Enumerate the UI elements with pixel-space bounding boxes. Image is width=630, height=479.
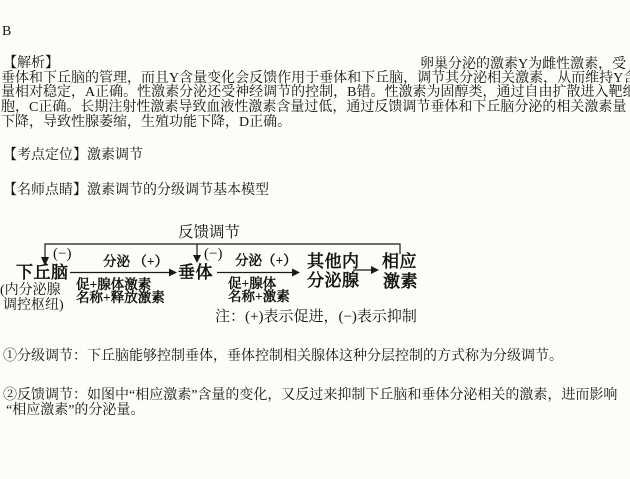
right-arrowhead-1: [169, 269, 177, 277]
node-hormone-line1: 相应: [382, 253, 417, 270]
secrete-plus-label-right: 分泌（+）: [235, 254, 297, 268]
document-page: { "answer": "B", "analysis": { "label": …: [0, 0, 630, 479]
node-hypothalamus-sub1: (内分泌腺: [0, 284, 61, 298]
right-hormone-line2: 名称+激素: [228, 290, 290, 304]
node-hypothalamus: 下丘脑: [16, 264, 69, 281]
secrete-plus-label-left: 分泌 （+）: [103, 255, 168, 269]
minus-label-mid: (−): [204, 247, 222, 262]
right-arrowhead-3: [371, 266, 379, 274]
node-pituitary: 垂体: [178, 264, 213, 281]
node-hypothalamus-sub2: 调控枢纽): [3, 299, 64, 313]
diagram-note: 注：(+)表示促进，(−)表示抑制: [215, 310, 417, 325]
minus-label-left: (−): [53, 247, 71, 262]
left-hormone-line2: 名称+释放激素: [76, 291, 165, 305]
node-other-gland-line2: 分泌腺: [307, 272, 360, 289]
down-arrowhead-mid: [193, 255, 201, 263]
right-arrowhead-2: [292, 269, 300, 277]
diagram-title-feedback: 反馈调节: [178, 225, 240, 241]
point1-line: ①分级调节：下丘脑能够控制垂体，垂体控制相关腺体这种分层控制的方式称为分级调节。: [3, 350, 563, 364]
node-other-gland-line1: 其他内: [307, 253, 360, 270]
point2-line1: ②反馈调节：如图中“相应激素”含量的变化，又反过来抑制下丘脑和垂体分泌相关的激素…: [3, 389, 617, 403]
point2-line2: “相应激素”的分泌量。: [6, 404, 144, 418]
node-hormone-line2: 激素: [383, 273, 418, 290]
